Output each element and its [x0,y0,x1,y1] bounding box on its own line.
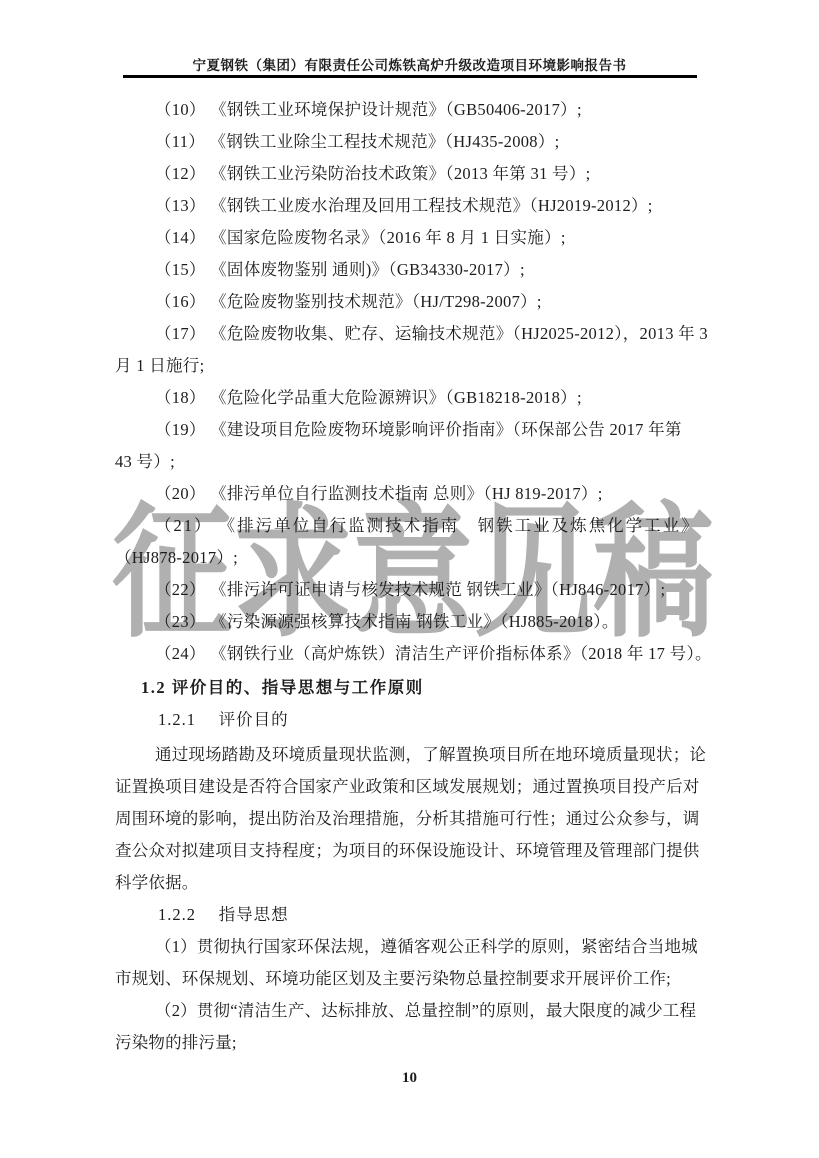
page-number: 10 [0,1070,819,1087]
paragraph-line: 污染物的排污量; [115,1027,705,1059]
document-body: （10） 《钢铁工业环境保护设计规范》（GB50406-2017）; （11） … [115,94,705,1059]
paragraph-line: 查公众对拟建项目支持程度；为项目的环保设施设计、环境管理及管理部门提供 [115,835,705,867]
paragraph-line: 科学依据。 [115,867,705,899]
reference-item-13: （13） 《钢铁工业废水治理及回用工程技术规范》（HJ2019-2012）; [115,190,705,222]
paragraph-line: 证置换项目建设是否符合国家产业政策和区域发展规划；通过置换项目投产后对 [115,771,705,803]
paragraph-line: （2）贯彻“清洁生产、达标排放、总量控制”的原则，最大限度的减少工程 [115,995,705,1027]
report-page: 宁夏钢铁（集团）有限责任公司炼铁高炉升级改造项目环境影响报告书 征求意见稿 （1… [0,0,819,1158]
reference-item-16: （16） 《危险废物鉴别技术规范》（HJ/T298-2007）; [115,286,705,318]
reference-item-17-continuation: 月 1 日施行; [115,350,705,382]
reference-item-22: （22） 《排污许可证申请与核发技术规范 钢铁工业》（HJ846-2017）; [115,574,705,606]
reference-item-19: （19） 《建设项目危险废物环境影响评价指南》（环保部公告 2017 年第 [115,414,705,446]
reference-item-23: （23） 《污染源源强核算技术指南 钢铁工业》（HJ885-2018）。 [115,606,705,638]
header-divider-rule [123,75,697,78]
section-heading-1-2: 1.2 评价目的、指导思想与工作原则 [115,672,705,704]
reference-item-12: （12） 《钢铁工业污染防治技术政策》（2013 年第 31 号）; [115,158,705,190]
subsection-heading-1-2-2: 1.2.2 指导思想 [115,899,705,931]
paragraph-line: 通过现场踏勘及环境质量现状监测，了解置换项目所在地环境质量现状；论 [115,739,705,771]
reference-item-11: （11） 《钢铁工业除尘工程技术规范》（HJ435-2008）; [115,126,705,158]
reference-item-21-continuation: （HJ878-2017）; [115,542,705,574]
reference-item-14: （14） 《国家危险废物名录》（2016 年 8 月 1 日实施）; [115,222,705,254]
paragraph-line: 周围环境的影响，提出防治及治理措施，分析其措施可行性；通过公众参与，调 [115,803,705,835]
paragraph-line: （1）贯彻执行国家环保法规，遵循客观公正科学的原则，紧密结合当地城 [115,931,705,963]
reference-item-20: （20） 《排污单位自行监测技术指南 总则》（HJ 819-2017）; [115,478,705,510]
reference-item-10: （10） 《钢铁工业环境保护设计规范》（GB50406-2017）; [115,94,705,126]
page-header-title: 宁夏钢铁（集团）有限责任公司炼铁高炉升级改造项目环境影响报告书 [0,54,819,74]
reference-item-19-continuation: 43 号）; [115,446,705,478]
reference-item-24: （24） 《钢铁行业（高炉炼铁）清洁生产评价指标体系》（2018 年 17 号）… [115,638,705,670]
reference-item-21: （21） 《排污单位自行监测技术指南 钢铁工业及炼焦化学工业》 [115,510,705,542]
reference-item-17: （17） 《危险废物收集、贮存、运输技术规范》（HJ2025-2012），201… [115,318,705,350]
reference-item-15: （15） 《固体废物鉴别 通则)》（GB34330-2017）; [115,254,705,286]
reference-item-18: （18） 《危险化学品重大危险源辨识》（GB18218-2018）; [115,382,705,414]
subsection-heading-1-2-1: 1.2.1 评价目的 [115,704,705,736]
paragraph-line: 市规划、环保规划、环境功能区划及主要污染物总量控制要求开展评价工作; [115,963,705,995]
